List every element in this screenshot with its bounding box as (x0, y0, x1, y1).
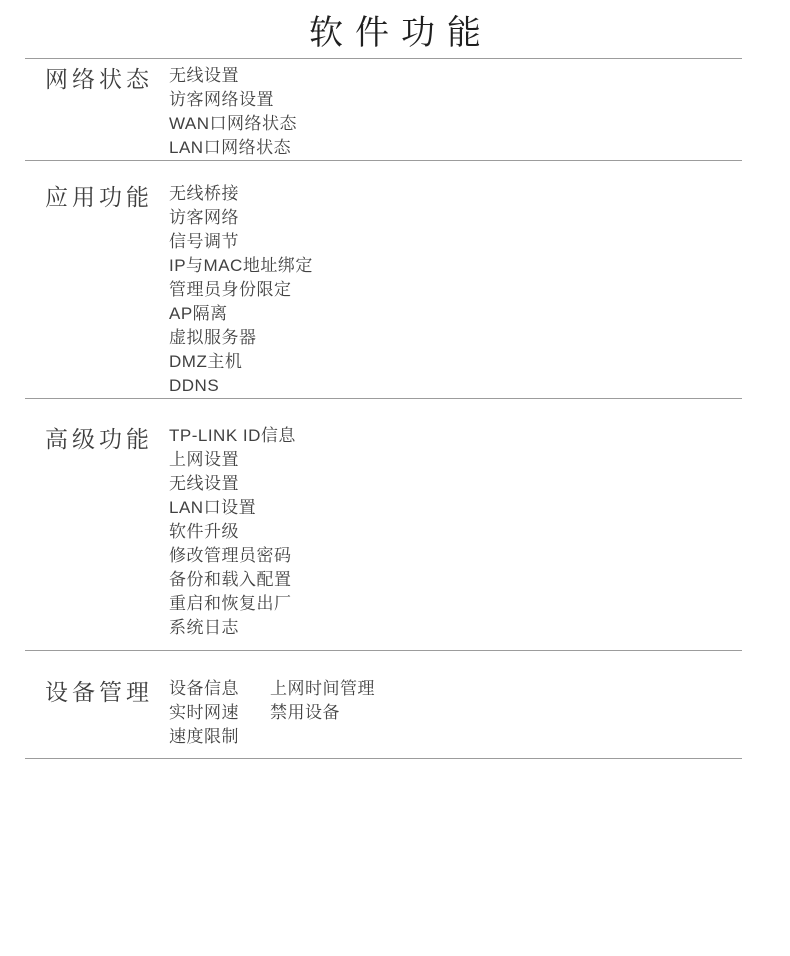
section-items: TP-LINK ID信息 上网设置 无线设置 LAN口设置 软件升级 修改管理员… (169, 424, 742, 650)
feature-item: 无线设置 (169, 64, 742, 88)
section-label-col: 高级功能 (25, 424, 169, 650)
feature-item: AP隔离 (169, 302, 742, 326)
feature-item: TP-LINK ID信息 (169, 424, 742, 448)
section-items: 无线设置 访客网络设置 WAN口网络状态 LAN口网络状态 (169, 64, 742, 160)
feature-item: 实时网速 (169, 701, 270, 725)
feature-item: 备份和载入配置 (169, 568, 742, 592)
feature-sheet: 软件功能 网络状态 无线设置 访客网络设置 WAN口网络状态 LAN口网络状态 … (0, 0, 790, 956)
section-network-status: 网络状态 无线设置 访客网络设置 WAN口网络状态 LAN口网络状态 (25, 59, 742, 160)
section-label-col: 设备管理 (25, 677, 169, 758)
section-label: 设备管理 (45, 680, 169, 704)
section-divider (25, 758, 742, 759)
header: 软件功能 (0, 0, 790, 58)
section-label-col: 网络状态 (25, 64, 169, 160)
feature-item: 虚拟服务器 (169, 326, 742, 350)
section-items: 设备信息 实时网速 速度限制 上网时间管理 禁用设备 (169, 677, 742, 758)
section-label: 应用功能 (45, 185, 169, 209)
feature-item: 管理员身份限定 (169, 278, 742, 302)
feature-item: WAN口网络状态 (169, 112, 742, 136)
feature-item: 无线桥接 (169, 182, 742, 206)
feature-item: 访客网络 (169, 206, 742, 230)
feature-item: 系统日志 (169, 616, 742, 640)
section-device-management: 设备管理 设备信息 实时网速 速度限制 上网时间管理 禁用设备 (25, 651, 742, 758)
feature-item: 上网设置 (169, 448, 742, 472)
feature-item: 无线设置 (169, 472, 742, 496)
section-advanced-functions: 高级功能 TP-LINK ID信息 上网设置 无线设置 LAN口设置 软件升级 … (25, 399, 742, 650)
feature-item: 软件升级 (169, 520, 742, 544)
section-application-functions: 应用功能 无线桥接 访客网络 信号调节 IP与MAC地址绑定 管理员身份限定 A… (25, 161, 742, 398)
feature-item: DMZ主机 (169, 350, 742, 374)
page-title: 软件功能 (297, 5, 493, 54)
feature-item: 上网时间管理 (270, 677, 742, 701)
section-label: 网络状态 (45, 67, 169, 91)
feature-item: 设备信息 (169, 677, 270, 701)
feature-item: 修改管理员密码 (169, 544, 742, 568)
feature-item: LAN口设置 (169, 496, 742, 520)
feature-item: 禁用设备 (270, 701, 742, 725)
section-items: 无线桥接 访客网络 信号调节 IP与MAC地址绑定 管理员身份限定 AP隔离 虚… (169, 182, 742, 398)
items-column-right: 上网时间管理 禁用设备 (270, 677, 742, 758)
feature-item: 访客网络设置 (169, 88, 742, 112)
feature-item: DDNS (169, 374, 742, 398)
feature-item: 速度限制 (169, 725, 270, 749)
feature-item: 重启和恢复出厂 (169, 592, 742, 616)
section-label-col: 应用功能 (25, 182, 169, 398)
feature-item: LAN口网络状态 (169, 136, 742, 160)
items-column-left: 设备信息 实时网速 速度限制 (169, 677, 270, 758)
feature-item: IP与MAC地址绑定 (169, 254, 742, 278)
feature-item: 信号调节 (169, 230, 742, 254)
section-label: 高级功能 (45, 427, 169, 451)
